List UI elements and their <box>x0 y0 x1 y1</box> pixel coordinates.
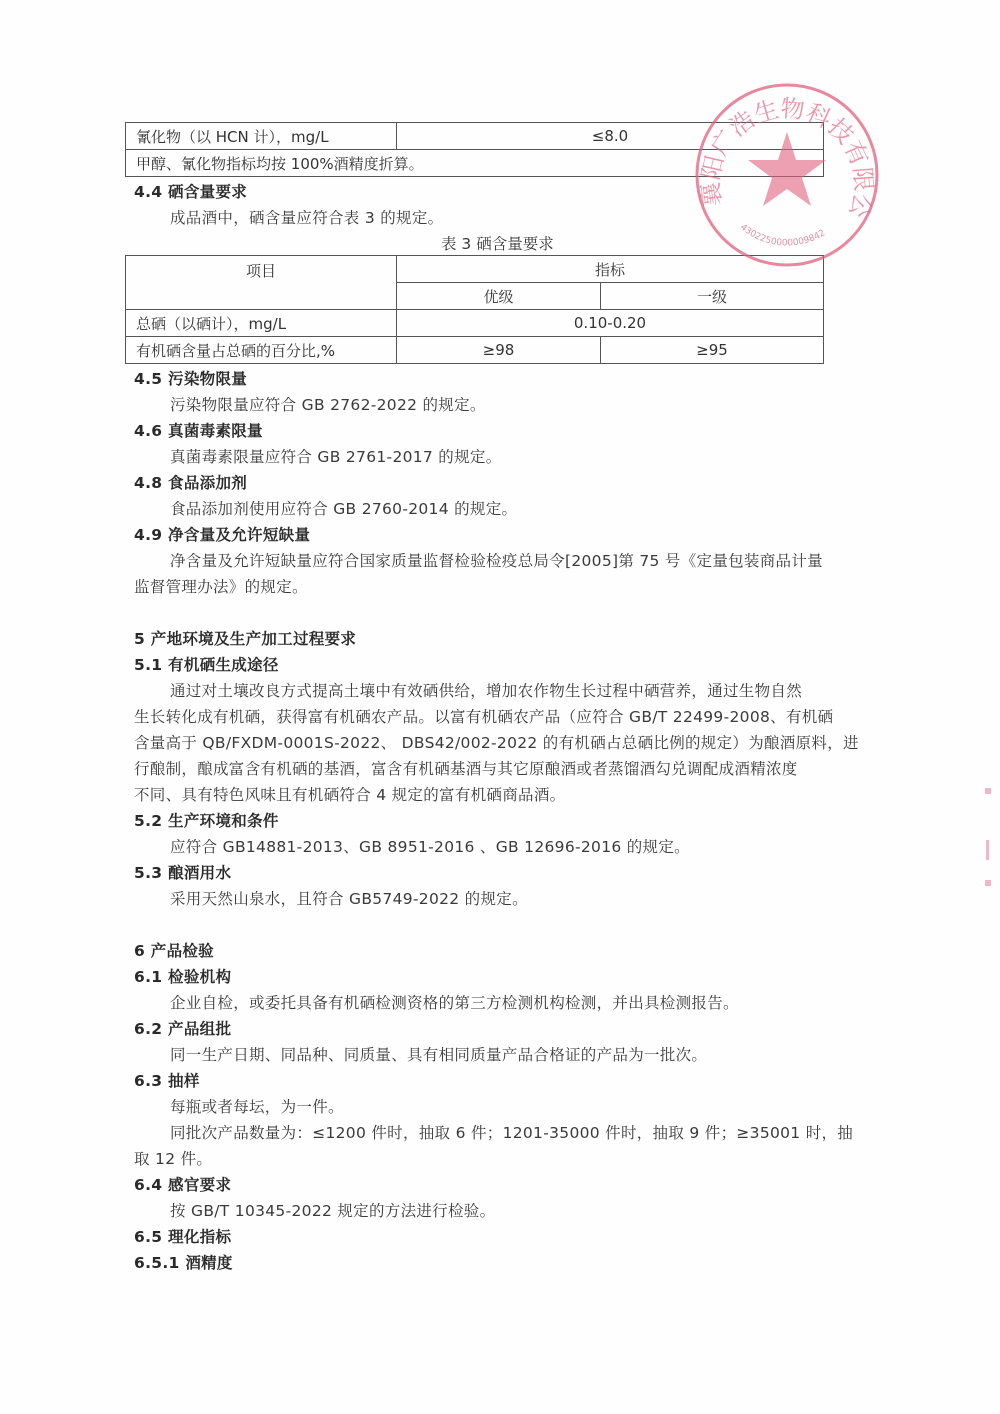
table-cell-value: ≤8.0 <box>397 123 824 150</box>
table-cell-grade-1: ≥98 <box>397 337 601 364</box>
table-cell-merged: 0.10-0.20 <box>397 310 824 337</box>
table-cell-item: 氰化物（以 HCN 计），mg/L <box>126 123 397 150</box>
body-5-1-line1: 通过对土壤改良方式提高土壤中有效硒供给，增加农作物生长过程中硒营养，通过生物自然 <box>170 679 802 701</box>
body-5-3: 采用天然山泉水，且符合 GB5749-2022 的规定。 <box>170 887 528 909</box>
heading-4-4: 4.4 硒含量要求 <box>134 180 247 202</box>
table-row: 氰化物（以 HCN 计），mg/L ≤8.0 <box>126 123 824 150</box>
header-grade-2: 一级 <box>601 283 824 310</box>
body-6-2: 同一生产日期、同品种、同质量、具有相同质量产品合格证的产品为一批次。 <box>170 1043 707 1065</box>
body-6-3-line1: 每瓶或者每坛，为一件。 <box>170 1095 344 1117</box>
body-4-8: 食品添加剂使用应符合 GB 2760-2014 的规定。 <box>170 497 517 519</box>
table-cell-grade-2: ≥95 <box>601 337 824 364</box>
heading-6-4: 6.4 感官要求 <box>134 1173 231 1195</box>
table-row: 总硒（以硒计），mg/L 0.10-0.20 <box>126 310 824 337</box>
body-6-1: 企业自检，或委托具备有机硒检测资格的第三方检测机构检测，并出具检测报告。 <box>170 991 739 1013</box>
body-4-4: 成品酒中，硒含量应符合表 3 的规定。 <box>170 206 443 228</box>
heading-4-6: 4.6 真菌毒素限量 <box>134 419 263 441</box>
heading-6-5: 6.5 理化指标 <box>134 1225 231 1247</box>
stamp-number: 4302250000009842 <box>738 223 827 249</box>
table-footnote: 甲醇、氰化物指标均按 100%酒精度折算。 <box>126 150 824 177</box>
heading-5: 5 产地环境及生产加工过程要求 <box>134 627 356 649</box>
body-5-1-line2: 生长转化成有机硒，获得富有机硒农产品。以富有机硒农产品（应符合 GB/T 224… <box>134 705 833 727</box>
heading-6-1: 6.1 检验机构 <box>134 965 231 987</box>
table-header-row: 项目 指标 <box>126 256 824 283</box>
margin-mark <box>985 788 991 794</box>
heading-4-8: 4.8 食品添加剂 <box>134 471 247 493</box>
header-index: 指标 <box>397 256 824 283</box>
table-3: 项目 指标 优级 一级 总硒（以硒计），mg/L 0.10-0.20 有机硒含量… <box>125 255 824 364</box>
table-cell-item: 有机硒含量占总硒的百分比,% <box>126 337 397 364</box>
heading-6-5-1: 6.5.1 酒精度 <box>134 1251 233 1273</box>
heading-5-1: 5.1 有机硒生成途径 <box>134 653 279 675</box>
body-4-5: 污染物限量应符合 GB 2762-2022 的规定。 <box>170 393 486 415</box>
table-row: 甲醇、氰化物指标均按 100%酒精度折算。 <box>126 150 824 177</box>
body-4-6: 真菌毒素限量应符合 GB 2761-2017 的规定。 <box>170 445 502 467</box>
table-row: 有机硒含量占总硒的百分比,% ≥98 ≥95 <box>126 337 824 364</box>
table-3-caption: 表 3 硒含量要求 <box>441 232 554 254</box>
body-5-1-line4: 行酿制，酿成富含有机硒的基酒，富含有机硒基酒与其它原酿酒或者蒸馏酒勾兑调配成酒精… <box>134 757 798 779</box>
heading-6: 6 产品检验 <box>134 939 214 961</box>
heading-6-2: 6.2 产品组批 <box>134 1017 231 1039</box>
body-5-1-line3: 含量高于 QB/FXDM-0001S-2022、 DBS42/002-2022 … <box>134 731 859 753</box>
body-4-9-line1: 净含量及允许短缺量应符合国家质量监督检验检疫总局令[2005]第 75 号《定量… <box>170 549 823 571</box>
table-cell-item: 总硒（以硒计），mg/L <box>126 310 397 337</box>
heading-4-5: 4.5 污染物限量 <box>134 367 247 389</box>
svg-text:4302250000009842: 4302250000009842 <box>738 223 827 249</box>
header-grade-1: 优级 <box>397 283 601 310</box>
body-5-2: 应符合 GB14881-2013、GB 8951-2016 、GB 12696-… <box>170 835 690 857</box>
margin-mark <box>986 840 989 860</box>
body-5-1-line5: 不同、具有特色风味且有机硒符合 4 规定的富有机硒商品酒。 <box>134 783 565 805</box>
margin-mark <box>985 880 991 886</box>
document-page: 氰化物（以 HCN 计），mg/L ≤8.0 甲醇、氰化物指标均按 100%酒精… <box>0 0 1000 1414</box>
heading-5-3: 5.3 酿酒用水 <box>134 861 231 883</box>
table-2-tail: 氰化物（以 HCN 计），mg/L ≤8.0 甲醇、氰化物指标均按 100%酒精… <box>125 122 824 177</box>
body-6-3-line2: 同批次产品数量为：≤1200 件时，抽取 6 件；1201-35000 件时，抽… <box>170 1121 853 1143</box>
heading-4-9: 4.9 净含量及允许短缺量 <box>134 523 310 545</box>
header-item: 项目 <box>126 256 397 310</box>
heading-6-3: 6.3 抽样 <box>134 1069 200 1091</box>
body-4-9-line2: 监督管理办法》的规定。 <box>134 575 308 597</box>
heading-5-2: 5.2 生产环境和条件 <box>134 809 279 831</box>
body-6-3-line3: 取 12 件。 <box>134 1147 212 1169</box>
body-6-4: 按 GB/T 10345-2022 规定的方法进行检验。 <box>170 1199 495 1221</box>
